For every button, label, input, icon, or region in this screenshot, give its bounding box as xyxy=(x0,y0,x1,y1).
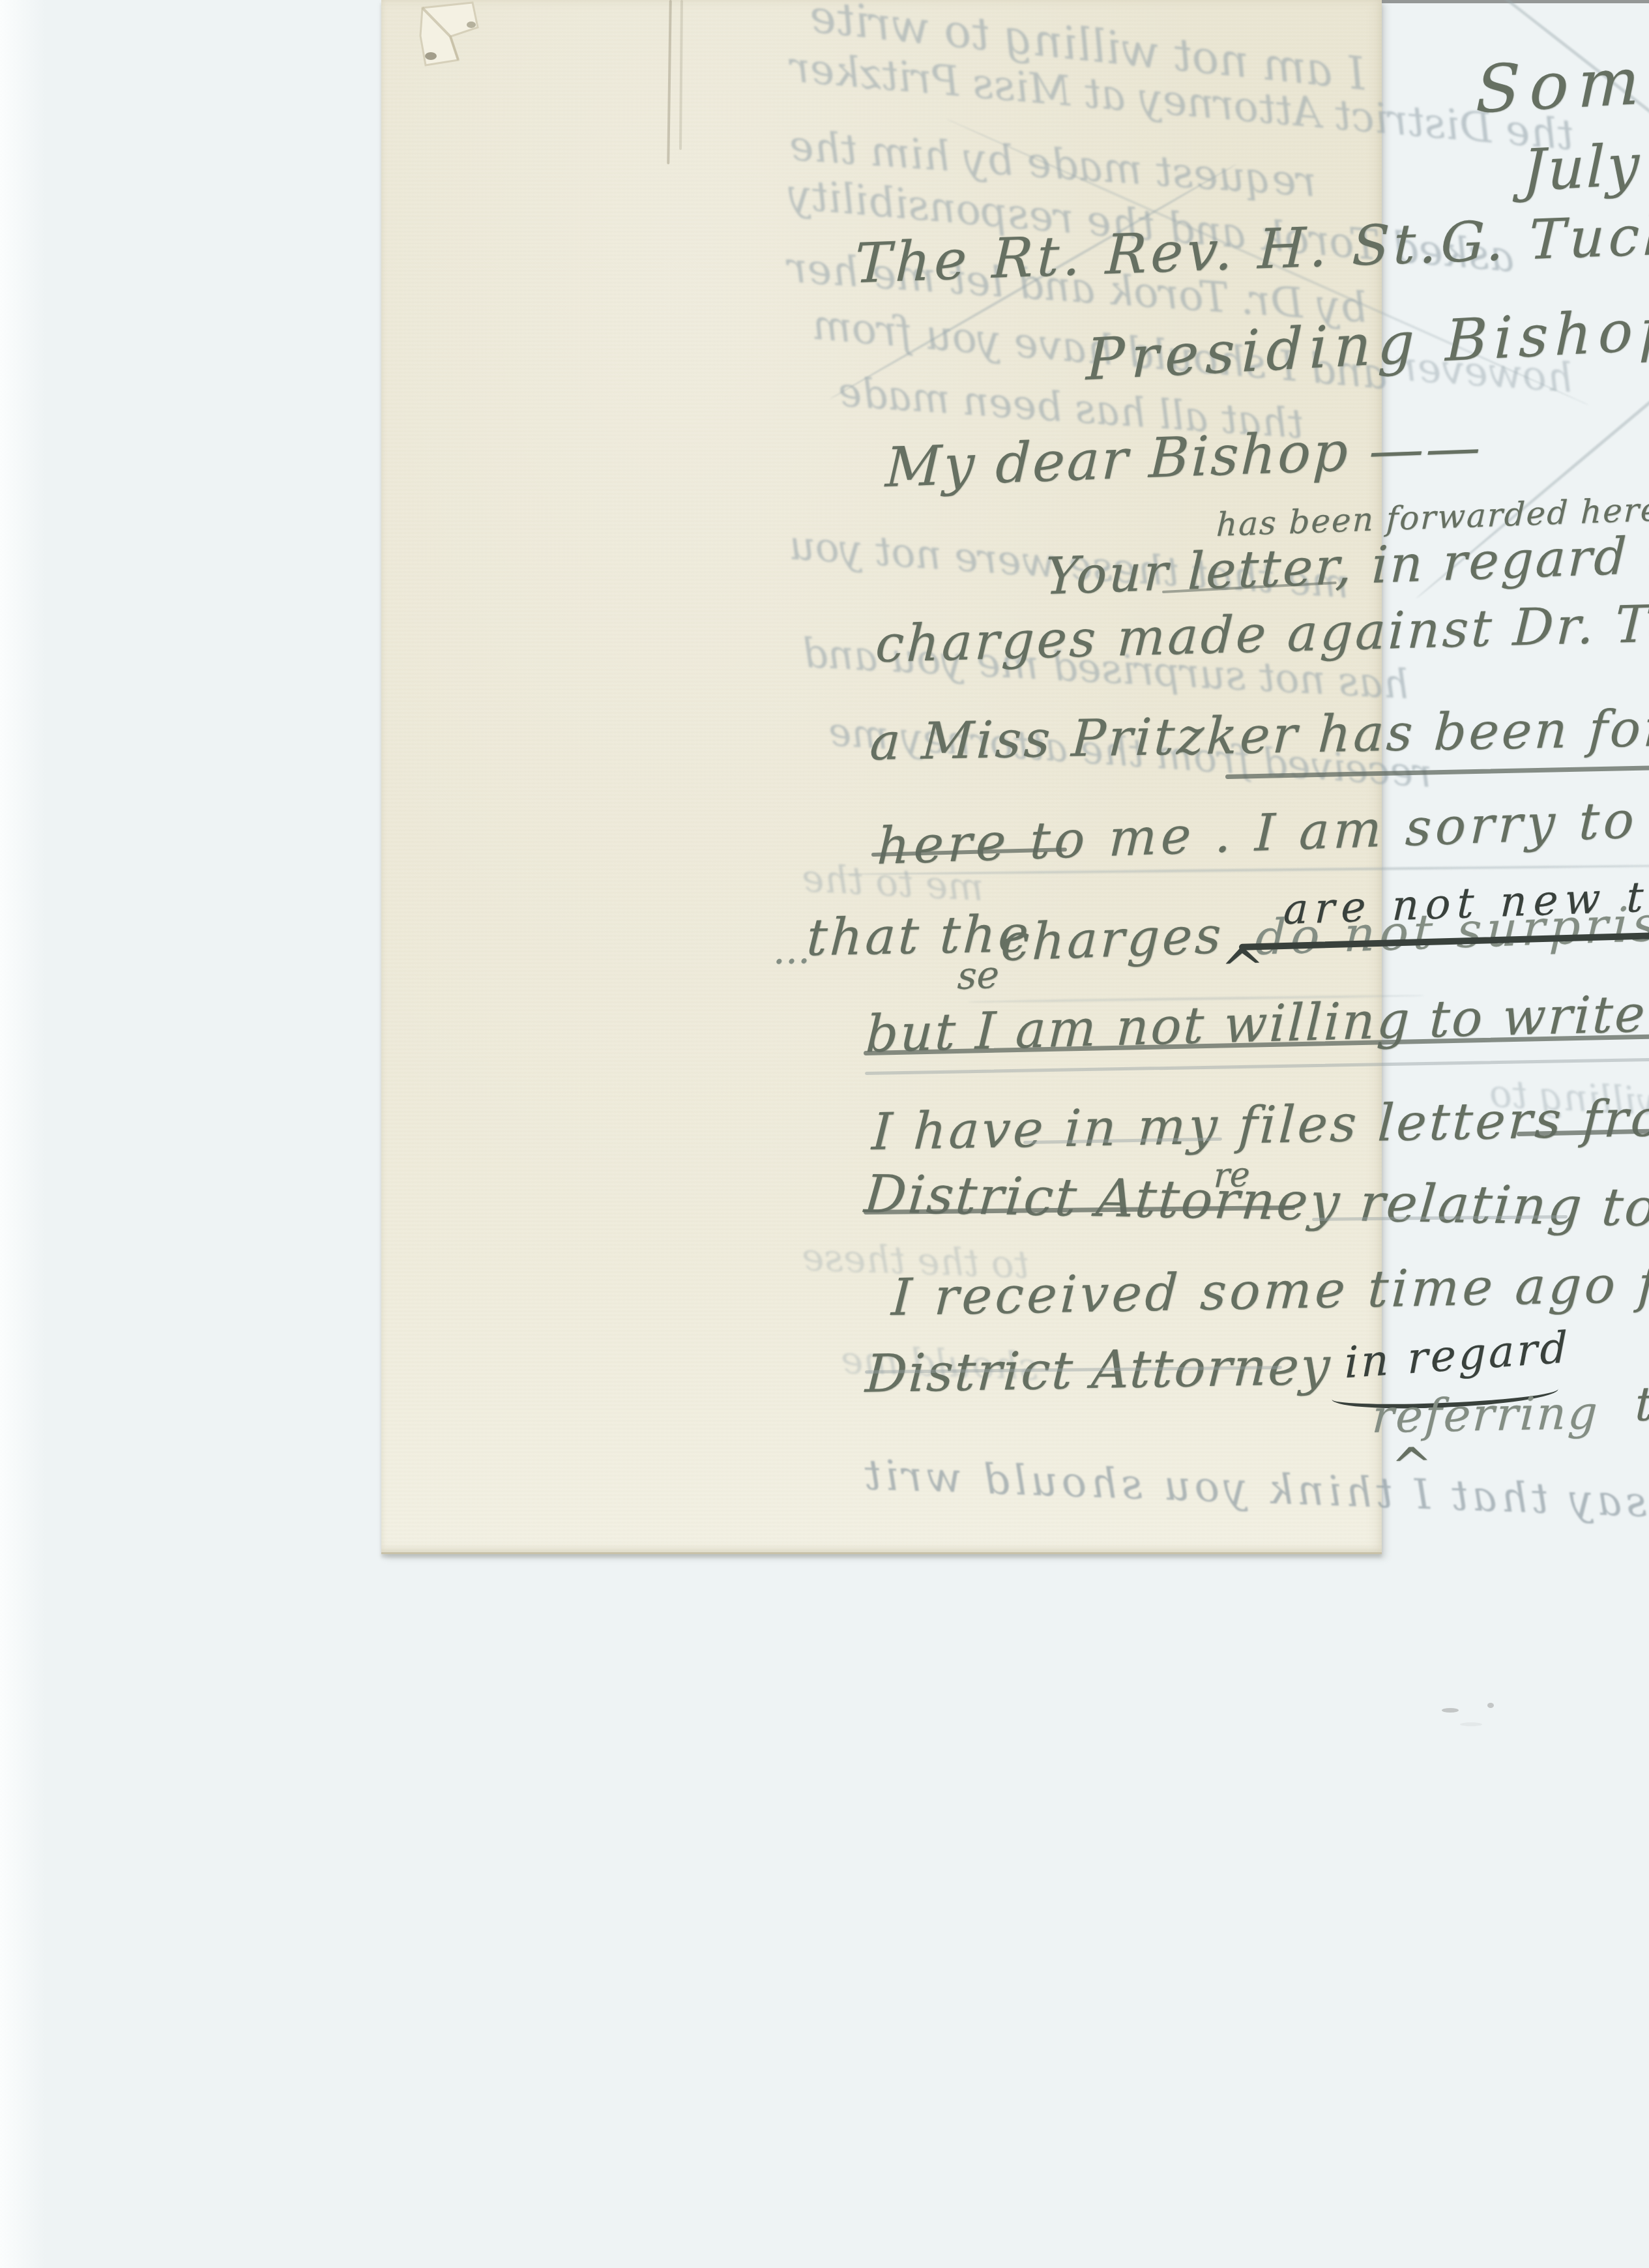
body-line-files: I have in my files letters from the xyxy=(871,1090,1649,1158)
insertion-re: re xyxy=(1213,1158,1250,1193)
dust-speck xyxy=(1442,1708,1459,1713)
fold-crease xyxy=(679,0,683,150)
bleedthrough-line: say that I think you should writ xyxy=(860,1454,1648,1524)
place-line: Somesville xyxy=(1475,34,1649,123)
ink-insertion-in-regard: in regard xyxy=(1345,1326,1570,1385)
insertion-se: se xyxy=(957,956,1000,995)
letter-page: I am not willing to write the District A… xyxy=(381,0,1382,1554)
margin-dots: ... xyxy=(772,930,810,970)
insertion-caret: ^ xyxy=(1390,1441,1433,1492)
body-line-charges: charges made against Dr. Torok by xyxy=(875,593,1649,670)
struck-text-referring: referring xyxy=(1371,1390,1600,1439)
dust-speck xyxy=(1487,1703,1494,1708)
dust-speck xyxy=(1460,1722,1482,1726)
body-line-your-letter: Your letter, in regard to the xyxy=(1044,525,1649,602)
body-frag-to-these: to these xyxy=(1634,1374,1649,1428)
fold-crease xyxy=(667,0,672,164)
body-line-pritzker: a Miss Pritzker has been forwarded xyxy=(869,700,1649,768)
body-line-district-relating: District Attorney relating to which xyxy=(862,1168,1649,1237)
scanned-letter-image: { "document_type": "handwritten pencil l… xyxy=(0,0,1649,2268)
body-line-sorry: here to me . I am sorry to say xyxy=(876,791,1649,872)
salutation: My dear Bishop —— xyxy=(884,419,1483,495)
body-frag-charges: charges xyxy=(1000,910,1224,969)
staple-tear xyxy=(406,0,497,75)
